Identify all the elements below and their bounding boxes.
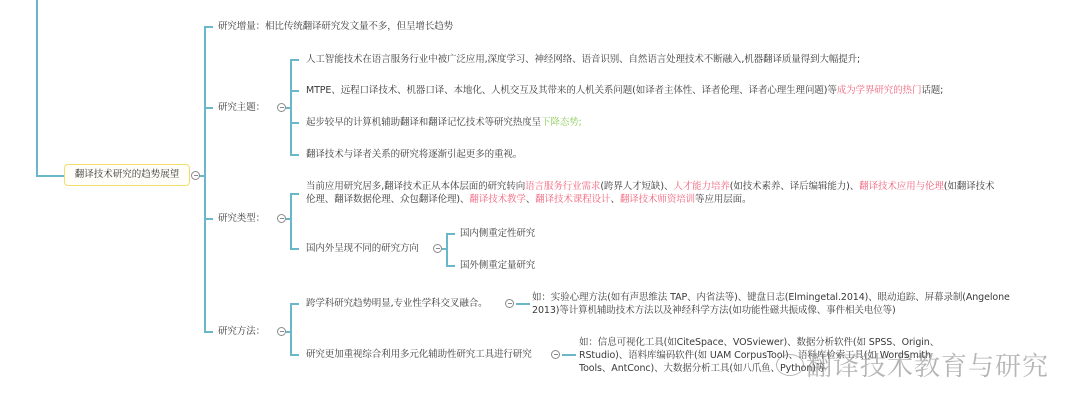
type-highlight: 翻译技术应用与伦理 — [859, 181, 944, 192]
type-text: 、 — [526, 194, 535, 205]
collapse-toggle-icon[interactable] — [277, 214, 286, 223]
type-text: (跨界人才短缺)、 — [600, 181, 673, 192]
type-highlight: 翻译技术师资培训 — [620, 194, 695, 205]
root-topic[interactable]: 翻译技术研究的趋势展望 — [64, 164, 190, 186]
branch-tick-3 — [204, 218, 213, 220]
collapse-toggle-icon[interactable] — [277, 103, 286, 112]
direction-item[interactable]: 国内侧重定性研究 — [460, 227, 535, 240]
wechat-icon — [776, 354, 804, 376]
direction-link — [442, 248, 447, 250]
method-2-detail-link — [562, 354, 576, 356]
outer-connector-horizontal — [36, 175, 64, 177]
topic-highlight: 成为学界研究的热门 — [837, 85, 922, 96]
type-highlight: 翻译技术教学 — [469, 194, 525, 205]
topic-highlight: 下降态势; — [541, 117, 582, 128]
direction-trunk — [446, 233, 448, 266]
type-text: (如技术素养、译后编辑能力)、 — [730, 181, 859, 192]
branch-tick-1 — [204, 26, 213, 28]
method-item[interactable]: 跨学科研究趋势明显,专业性学科交叉融合。 — [306, 297, 488, 310]
collapse-toggle-icon[interactable] — [277, 327, 286, 336]
branch-label: 研究增量： — [218, 21, 265, 32]
methods-link — [286, 331, 291, 333]
types-trunk — [290, 193, 292, 249]
type-text: 等应用层面。 — [695, 194, 751, 205]
type-highlight: 人才能力培养 — [673, 181, 729, 192]
type-text: 当前应用研究居多,翻译技术正从本体层面的研究转向 — [306, 181, 525, 192]
methods-tick-1 — [290, 303, 299, 305]
topic-item[interactable]: 翻译技术与译者关系的研究将逐渐引起更多的重视。 — [306, 148, 522, 161]
type-highlight: 翻译技术课程设计 — [535, 194, 610, 205]
branch-tick-4 — [204, 331, 213, 333]
watermark-text: 翻译技术教育与研究 — [806, 352, 1049, 382]
topic-text-after: 话题; — [921, 85, 943, 96]
direction-tick-2 — [446, 265, 455, 267]
topic-text: 起步较早的计算机辅助翻译和翻译记忆技术等研究热度呈 — [306, 117, 541, 128]
methods-tick-2 — [290, 354, 299, 356]
root-trunk — [204, 26, 206, 332]
types-tick-2 — [290, 248, 299, 250]
topics-tick-3 — [290, 122, 299, 124]
collapse-toggle-icon[interactable] — [551, 350, 560, 359]
topic-item[interactable]: MTPE、远程口译技术、机器口译、本地化、人机交互及其带来的人机关系问题(如译者… — [306, 84, 943, 97]
branch-tick-2 — [204, 107, 213, 109]
type-item-direction[interactable]: 国内外呈现不同的研究方向 — [306, 242, 419, 255]
collapse-toggle-icon[interactable] — [433, 244, 442, 253]
direction-tick-1 — [446, 233, 455, 235]
topics-tick-1 — [290, 59, 299, 61]
collapse-toggle-icon[interactable] — [191, 171, 200, 180]
topic-item[interactable]: 起步较早的计算机辅助翻译和翻译记忆技术等研究热度呈下降态势; — [306, 116, 582, 129]
watermark: 翻译技术教育与研究 — [806, 346, 1049, 383]
method-item[interactable]: 研究更加重视综合利用多元化辅助性研究工具进行研究 — [306, 348, 532, 361]
branch-types[interactable]: 研究类型： — [218, 212, 265, 225]
type-item[interactable]: 当前应用研究居多,翻译技术正从本体层面的研究转向语言服务行业需求(跨界人才短缺)… — [306, 180, 996, 206]
outer-connector-vertical — [36, 0, 38, 176]
topics-tick-2 — [290, 90, 299, 92]
topic-item[interactable]: 人工智能技术在语言服务行业中被广泛应用,深度学习、神经网络、语音识别、自然语言处… — [306, 53, 860, 66]
branch-topics[interactable]: 研究主题： — [218, 101, 265, 114]
method-1-detail-link — [516, 303, 530, 305]
types-link — [286, 218, 291, 220]
methods-trunk — [290, 303, 292, 355]
method-detail[interactable]: 如：实验心理方法(如有声思维法 TAP、内省法等)、键盘日志(Elmingeta… — [532, 291, 1032, 317]
branch-increment[interactable]: 研究增量：相比传统翻译研究发文量不多，但呈增长趋势 — [218, 20, 453, 33]
direction-item[interactable]: 国外侧重定量研究 — [460, 259, 535, 272]
topic-text: MTPE、远程口译技术、机器口译、本地化、人机交互及其带来的人机关系问题(如译者… — [306, 85, 837, 96]
type-highlight: 语言服务行业需求 — [525, 181, 600, 192]
topics-link — [286, 107, 291, 109]
branch-inline-text: 相比传统翻译研究发文量不多，但呈增长趋势 — [265, 21, 453, 32]
branch-methods[interactable]: 研究方法： — [218, 325, 265, 338]
collapse-toggle-icon[interactable] — [505, 299, 514, 308]
topics-tick-4 — [290, 154, 299, 156]
type-text: 、 — [610, 194, 619, 205]
types-tick-1 — [290, 193, 299, 195]
